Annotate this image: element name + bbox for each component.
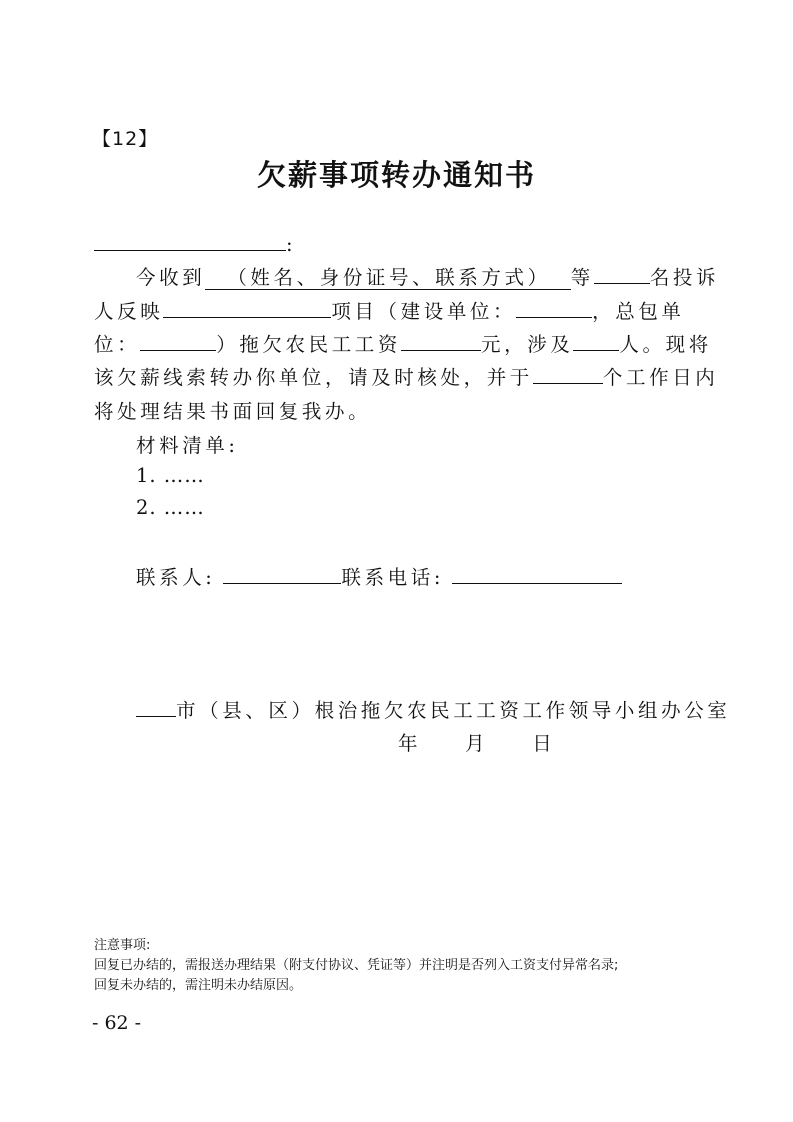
notes-heading: 注意事项: — [94, 934, 150, 953]
date-day: 日 — [532, 732, 555, 755]
text: 名投诉 — [650, 266, 719, 289]
addressee-blank[interactable] — [94, 230, 286, 251]
text: 人。现将 — [619, 333, 711, 356]
text: 位： — [94, 333, 140, 356]
construction-unit-blank[interactable] — [516, 297, 592, 318]
body-line-4: 该欠薪线索转办你单位，请及时核处，并于个工作日内 — [94, 362, 718, 390]
date-year: 年 — [398, 732, 421, 755]
page-number: - 62 - — [92, 1012, 141, 1034]
title-text: 欠薪事项转办通知书 — [257, 153, 536, 194]
notes-line-1: 回复已办结的，需报送办理结果（附支付协议、凭证等）并注明是否列入工资支付异常名录… — [94, 954, 618, 973]
complainant-info-field[interactable]: （姓名、身份证号、联系方式） — [205, 266, 570, 290]
text: 今收到 — [136, 266, 205, 289]
project-name-blank[interactable] — [163, 297, 331, 318]
contact-phone-blank[interactable] — [452, 563, 622, 584]
date-line: 年月日 — [398, 728, 555, 756]
text: ，总包单 — [592, 300, 684, 323]
body-line-5: 将处理结果书面回复我办。 — [94, 396, 371, 424]
text: ）拖欠农民工工资 — [216, 333, 401, 356]
body-line-2: 人反映项目（建设单位：，总包单 — [94, 296, 685, 324]
text: 人反映 — [94, 300, 163, 323]
text: 项目（建设单位： — [331, 300, 516, 323]
signature-org: 市（县、区）根治拖欠农民工工资工作领导小组办公室 — [176, 699, 730, 722]
complainant-info-text: （姓名、身份证号、联系方式） — [227, 266, 550, 289]
text: 个工作日内 — [603, 366, 719, 389]
city-blank[interactable] — [136, 696, 176, 717]
addressee-line: : — [94, 230, 296, 256]
addressee-colon: : — [286, 233, 296, 256]
contact-phone-label: 联系电话: — [341, 566, 444, 589]
materials-heading: 材料清单: — [136, 430, 239, 458]
body-line-3: 位：）拖欠农民工工资元，涉及人。现将 — [94, 329, 712, 357]
complainant-count-blank[interactable] — [594, 263, 650, 284]
date-month: 月 — [465, 732, 488, 755]
text: 元，涉及 — [481, 333, 573, 356]
contact-person-blank[interactable] — [223, 563, 341, 584]
amount-blank[interactable] — [401, 330, 481, 351]
materials-item-2: 2. …… — [136, 496, 205, 519]
form-number-tag: 【12】 — [92, 124, 158, 151]
worker-count-blank[interactable] — [573, 330, 619, 351]
working-days-blank[interactable] — [533, 363, 603, 384]
notes-line-2: 回复未办结的，需注明未办结原因。 — [94, 974, 302, 993]
document-title: 欠薪事项转办通知书 — [0, 153, 793, 194]
contact-line: 联系人:联系电话: — [136, 562, 622, 590]
text: 该欠薪线索转办你单位，请及时核处，并于 — [94, 366, 533, 389]
body-line-1: 今收到（姓名、身份证号、联系方式）等名投诉 — [136, 262, 719, 290]
contact-person-label: 联系人: — [136, 566, 215, 589]
general-contractor-blank[interactable] — [140, 330, 216, 351]
materials-item-1: 1. …… — [136, 464, 205, 487]
text: 等 — [571, 266, 594, 289]
signature-org-line: 市（县、区）根治拖欠农民工工资工作领导小组办公室 — [136, 695, 730, 723]
